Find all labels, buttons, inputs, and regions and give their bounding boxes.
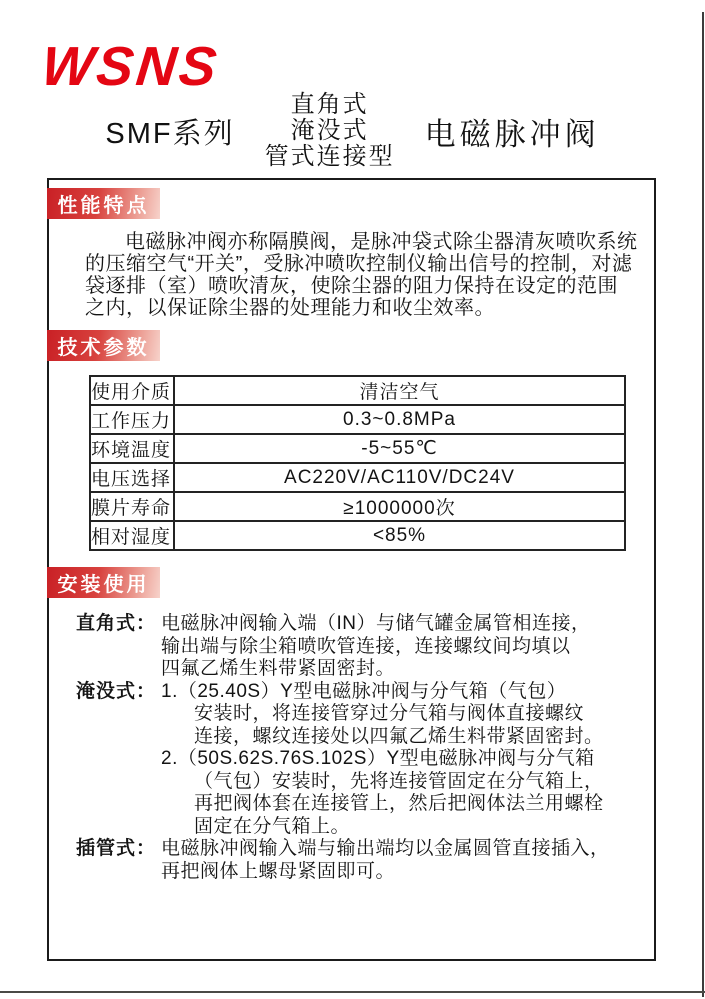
table-row: 使用介质 清洁空气 [90,376,625,405]
install-line: 四氟乙烯生料带紧固密封。 [49,658,644,681]
install-text: 2.（50S.62S.76S.102S）Y型电磁脉冲阀与分气箱 [161,748,595,769]
install-text: 电磁脉冲阀输入端（IN）与储气罐金属管相连接， [161,613,591,634]
param-value-cell: 清洁空气 [174,376,625,405]
param-label-cell: 环境温度 [90,434,174,463]
page-edge-bottom-line [0,991,705,993]
install-text: 连接，螺纹连接处以四氟乙烯生料带紧固密封。 [194,726,604,747]
brand-logo: WSNS [39,34,223,98]
param-label-cell: 电压选择 [90,463,174,492]
param-value-cell: AC220V/AC110V/DC24V [174,463,625,492]
parameters-table: 使用介质 清洁空气 工作压力 0.3~0.8MPa 环境温度 -5~55℃ 电压… [89,375,626,551]
installation-instructions: 直角式： 电磁脉冲阀输入端（IN）与储气罐金属管相连接， 输出端与除尘箱喷吹管连… [49,613,644,883]
table-row: 工作压力 0.3~0.8MPa [90,405,625,434]
title-type-list: 直角式 淹没式 管式连接型 [265,92,395,170]
install-label: 直角式： [76,613,156,636]
install-label: 淹没式： [76,681,156,704]
install-line: 直角式： 电磁脉冲阀输入端（IN）与储气罐金属管相连接， [49,613,644,636]
install-text: 安装时，将连接管穿过分气箱与阀体直接螺纹 [194,703,584,724]
param-label-cell: 使用介质 [90,376,174,405]
datasheet-page: WSNS SMF系列 直角式 淹没式 管式连接型 电磁脉冲阀 性能特点 电磁脉冲… [0,0,705,999]
install-text: 四氟乙烯生料带紧固密封。 [161,658,395,679]
install-line: （气包）安装时，先将连接管固定在分气箱上， [49,771,644,794]
param-value-cell: <85% [174,521,625,550]
install-text: 1.（25.40S）Y型电磁脉冲阀与分气箱（气包） [161,681,566,702]
section-header-features: 性能特点 [47,188,160,219]
install-text: 再把阀体上螺母紧固即可。 [161,861,395,882]
param-label-cell: 膜片寿命 [90,492,174,521]
param-value-cell: 0.3~0.8MPa [174,405,625,434]
title-type-item: 直角式 [291,92,369,118]
table-row: 膜片寿命 ≥1000000次 [90,492,625,521]
install-line: 2.（50S.62S.76S.102S）Y型电磁脉冲阀与分气箱 [49,748,644,771]
title-type-item: 淹没式 [291,118,369,144]
install-line: 再把阀体套在连接管上，然后把阀体法兰用螺栓 [49,793,644,816]
product-title: SMF系列 直角式 淹没式 管式连接型 电磁脉冲阀 [0,92,705,170]
install-line: 淹没式： 1.（25.40S）Y型电磁脉冲阀与分气箱（气包） [49,681,644,704]
param-value-cell: -5~55℃ [174,434,625,463]
install-line: 插管式： 电磁脉冲阀输入端与输出端均以金属圆管直接插入， [49,838,644,861]
install-text: 电磁脉冲阀输入端与输出端均以金属圆管直接插入， [161,838,610,859]
install-line: 再把阀体上螺母紧固即可。 [49,861,644,884]
install-text: 再把阀体套在连接管上，然后把阀体法兰用螺栓 [194,793,604,814]
title-series: SMF系列 [105,111,234,152]
install-line: 输出端与除尘箱喷吹管连接，连接螺纹间均填以 [49,636,644,659]
table-row: 电压选择 AC220V/AC110V/DC24V [90,463,625,492]
param-label-cell: 工作压力 [90,405,174,434]
install-text: 固定在分气箱上。 [194,816,350,837]
features-paragraph: 电磁脉冲阀亦称隔膜阀，是脉冲袋式除尘器清灰喷吹系统的压缩空气“开关”，受脉冲喷吹… [85,231,638,319]
install-line: 连接，螺纹连接处以四氟乙烯生料带紧固密封。 [49,726,644,749]
install-text: 输出端与除尘箱喷吹管连接，连接螺纹间均填以 [161,636,571,657]
install-line: 安装时，将连接管穿过分气箱与阀体直接螺纹 [49,703,644,726]
title-type-item: 管式连接型 [265,144,395,170]
content-box: 性能特点 电磁脉冲阀亦称隔膜阀，是脉冲袋式除尘器清灰喷吹系统的压缩空气“开关”，… [47,178,656,961]
title-product-name: 电磁脉冲阀 [425,109,600,154]
install-line: 固定在分气箱上。 [49,816,644,839]
param-label-cell: 相对湿度 [90,521,174,550]
section-header-parameters: 技术参数 [47,330,160,361]
table-row: 环境温度 -5~55℃ [90,434,625,463]
param-value-cell: ≥1000000次 [174,492,625,521]
section-header-installation: 安装使用 [47,567,160,598]
table-row: 相对湿度 <85% [90,521,625,550]
install-label: 插管式： [76,838,156,861]
install-text: （气包）安装时，先将连接管固定在分气箱上， [194,771,604,792]
